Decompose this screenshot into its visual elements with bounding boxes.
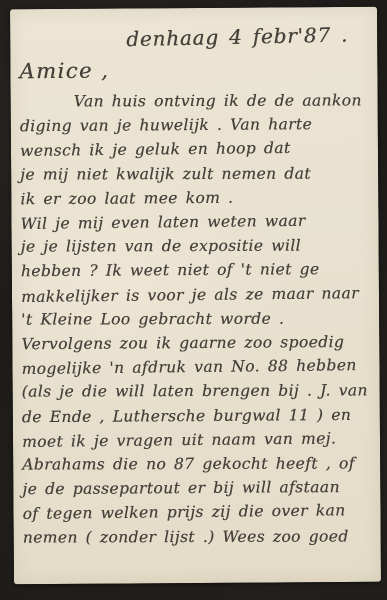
letter-paper: denhaag 4 febr'87 . Amice , Van huis ont… (10, 7, 381, 585)
body-line: je mij niet kwalijk zult nemen dat (20, 161, 374, 186)
date-line: denhaag 4 febr'87 . (126, 22, 369, 51)
body-line: makkelijker is voor je als ze maar naar (21, 281, 375, 309)
body-line: de Ende , Luthersche burgwal 11 ) en (22, 402, 376, 429)
body-line: wensch ik je geluk en hoop dat (20, 135, 374, 163)
body-line: Wil je mij even laten weten waar (20, 208, 374, 236)
body-line: Van huis ontving ik de de aankon (20, 88, 374, 113)
body-line: moet ik je vragen uit naam van mej. (22, 426, 376, 454)
body-line: hebben ? Ik weet niet of 't niet ge (21, 257, 375, 284)
body-line: of tegen welken prijs zij die over kan (22, 498, 376, 526)
salutation: Amice , (19, 57, 377, 83)
body-line: nemen ( zonder lijst .) Wees zoo goed (23, 524, 377, 549)
body-line: ik er zoo laat mee kom . (20, 185, 374, 212)
body-line: Abrahams die no 87 gekocht heeft , of (22, 451, 376, 476)
letter-body: Van huis ontving ik de de aankondiging v… (20, 88, 377, 550)
body-line: (als je die will laten brengen bij . J. … (22, 379, 376, 404)
photo-background: denhaag 4 febr'87 . Amice , Van huis ont… (0, 0, 387, 600)
body-line: Vervolgens zou ik gaarne zoo spoedig (21, 330, 375, 357)
body-line: je je lijsten van de expositie will (21, 234, 375, 259)
body-line: 't Kleine Loo gebracht worde . (21, 306, 375, 331)
body-line: mogelijke 'n afdruk van No. 88 hebben (21, 353, 375, 381)
